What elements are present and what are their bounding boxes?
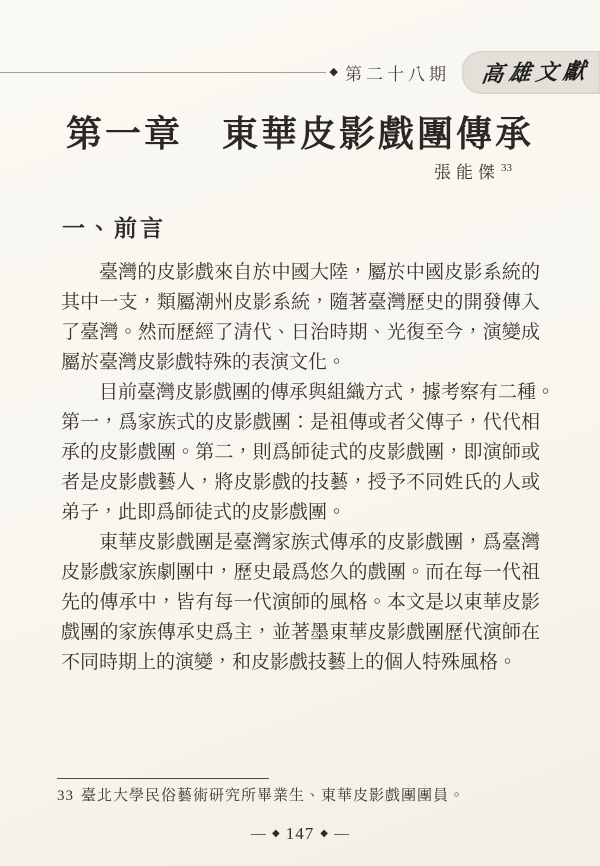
footer-dash-left (251, 834, 266, 835)
journal-logo-calligraphy: 高雄文獻 (480, 54, 592, 89)
diamond-icon: ◆ (320, 829, 328, 839)
header-rule-line (0, 72, 326, 73)
body-line: 目前臺灣皮影戲團的傳承與組織方式，據考察有二種。 (61, 378, 540, 408)
author-footnote-ref: 33 (501, 162, 512, 174)
body-line: 弟子，此即爲師徒式的皮影戲團。 (61, 498, 540, 528)
author-name: 張能傑 (434, 163, 500, 182)
author-row: 張能傑33 (0, 158, 512, 183)
scanned-journal-page: ◆ 第二十八期 高雄文獻 第一章 東華皮影戲團傳承 張能傑33 一、前言 臺灣的… (0, 0, 600, 866)
section-heading: 一、前言 (62, 210, 166, 243)
paragraph: 東華皮影戲團是臺灣家族式傳承的皮影戲團，爲臺灣 皮影戲家族劇團中，歷史最爲悠久的… (61, 528, 540, 678)
body-line: 臺灣的皮影戲來自於中國大陸，屬於中國皮影系統的 (61, 258, 540, 288)
body-line: 者是皮影戲藝人，將皮影戲的技藝，授予不同姓氏的人或 (61, 468, 540, 498)
body-line: 先的傳承中，皆有每一代演師的風格。本文是以東華皮影 (61, 588, 540, 618)
paragraph: 臺灣的皮影戲來自於中國大陸，屬於中國皮影系統的 其中一支，類屬潮州皮影系統，隨著… (61, 258, 540, 378)
body-line: 屬於臺灣皮影戲特殊的表演文化。 (61, 348, 540, 378)
body-line: 皮影戲家族劇團中，歷史最爲悠久的戲團。而在每一代祖 (61, 558, 540, 588)
article-body: 臺灣的皮影戲來自於中國大陸，屬於中國皮影系統的 其中一支，類屬潮州皮影系統，隨著… (61, 258, 540, 678)
footnote-line: 33 臺北大學民俗藝術研究所畢業生、東華皮影戲團團員。 (57, 784, 550, 805)
footer-dash-right (334, 834, 349, 835)
paragraph: 目前臺灣皮影戲團的傳承與組織方式，據考察有二種。 第一，爲家族式的皮影戲團：是祖… (61, 378, 540, 528)
body-line: 承的皮影戲團。第二，則爲師徒式的皮影戲團，即演師或 (61, 438, 540, 468)
body-line: 第一，爲家族式的皮影戲團：是祖傳或者父傳子，代代相 (61, 408, 540, 438)
footnote-marker: 33 (57, 788, 74, 805)
body-line: 其中一支，類屬潮州皮影系統，隨著臺灣歷史的開發傳入 (61, 288, 540, 318)
diamond-icon: ◆ (272, 829, 280, 839)
diamond-icon: ◆ (330, 67, 338, 78)
footnote-rule (57, 778, 269, 779)
body-line: 不同時期上的演變，和皮影戲技藝上的個人特殊風格。 (61, 648, 540, 678)
body-line: 戲團的家族傳承史爲主，並著墨東華皮影戲團歷代演師在 (61, 618, 540, 648)
body-line: 了臺灣。然而歷經了清代、日治時期、光復至今，演變成 (61, 318, 540, 348)
body-line: 東華皮影戲團是臺灣家族式傳承的皮影戲團，爲臺灣 (61, 528, 540, 558)
issue-number-label: 第二十八期 (345, 60, 450, 85)
page-number: 147 (286, 824, 315, 844)
footnote-block: 33 臺北大學民俗藝術研究所畢業生、東華皮影戲團團員。 (57, 778, 550, 805)
running-header: ◆ 第二十八期 高雄文獻 (0, 52, 600, 92)
page-footer: ◆ 147 ◆ (0, 824, 600, 844)
chapter-title: 第一章 東華皮影戲團傳承 (0, 106, 600, 157)
footnote-text: 臺北大學民俗藝術研究所畢業生、東華皮影戲團團員。 (81, 784, 465, 805)
journal-logo-pill: 高雄文獻 (462, 51, 600, 94)
